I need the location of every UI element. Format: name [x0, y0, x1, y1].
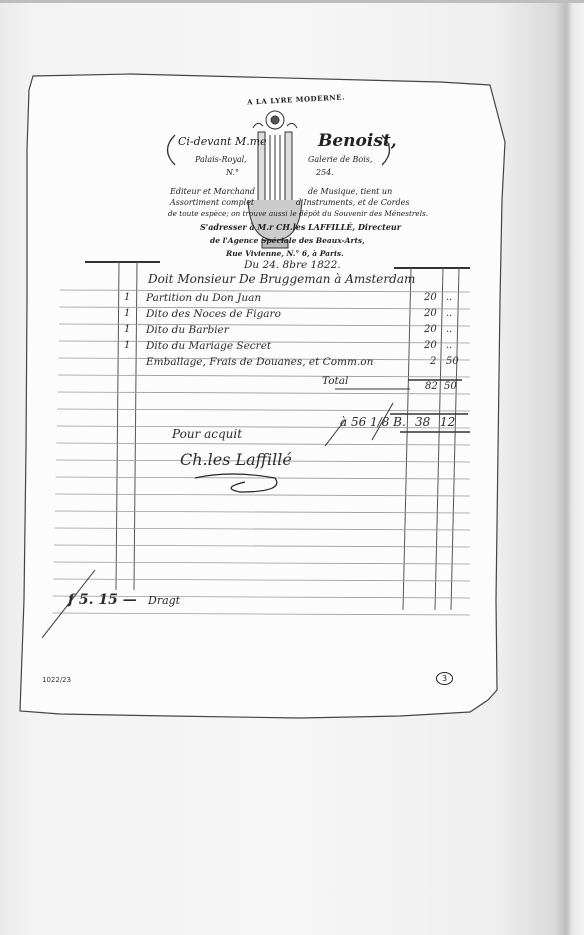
total-centimes: 50 [444, 381, 457, 392]
page-number-badge: 3 [436, 672, 453, 685]
letterhead-line1-right: de Musique, tient un [308, 187, 392, 196]
item-qty: 1 [124, 308, 130, 319]
margin-note-text: Dragt [148, 594, 180, 607]
item-description: Partition du Don Juan [146, 292, 261, 304]
item-qty: 1 [124, 292, 130, 303]
letterhead-line1-left: Editeur et Marchand [170, 187, 255, 196]
letterhead-line3: de toute espèce; on trouve aussi le dépô… [168, 209, 428, 218]
item-centimes: .. [446, 340, 452, 351]
letterhead-street: Rue Vivienne, N.° 6, à Paris. [226, 249, 344, 258]
letterhead-address-left: Palais-Royal, [195, 155, 247, 164]
item-description: Emballage, Frais de Douanes, et Comm.on [146, 356, 373, 368]
letterhead-director: S'adresser à M.r CH.les LAFFILLÉ, Direct… [200, 222, 401, 232]
archive-reference: 1022/23 [42, 676, 71, 684]
total-francs: 82 [425, 381, 438, 392]
item-description: Dito du Barbier [146, 324, 229, 336]
item-francs: 20 [424, 308, 437, 319]
receipt-line: Pour acquit [172, 427, 242, 441]
invoice-date: Du 24. 8bre 1822. [244, 259, 341, 271]
item-description: Dito des Noces de Figaro [146, 308, 281, 320]
letterhead-proprietor: Benoist, [318, 131, 397, 151]
signature: Ch.les Laffillé [180, 450, 292, 469]
total-label: Total [322, 375, 348, 387]
invoice-doit-line: Doit Monsieur De Bruggeman à Amsterdam [148, 272, 415, 286]
letterhead-formerly: Ci-devant M.me [178, 135, 267, 148]
item-francs: 20 [424, 340, 437, 351]
converted-centimes: 12 [440, 415, 455, 429]
item-centimes: 50 [446, 356, 459, 367]
item-centimes: .. [446, 292, 452, 303]
paper-drawing [0, 0, 584, 935]
letterhead-address-right: Galerie de Bois, [308, 155, 372, 164]
item-francs: 2 [430, 356, 436, 367]
item-francs: 20 [424, 292, 437, 303]
item-qty: 1 [124, 324, 130, 335]
item-centimes: .. [446, 308, 452, 319]
item-centimes: .. [446, 324, 452, 335]
margin-note-amount: f 5. 15 — [68, 592, 137, 608]
letterhead-number-label: N.° [226, 168, 239, 177]
item-qty: 1 [124, 340, 130, 351]
converted-francs: 38 [415, 415, 430, 429]
letterhead-line2-right: d'Instruments, et de Cordes [296, 198, 409, 207]
letterhead-line2-left: Assortiment complet [170, 198, 254, 207]
letterhead-number: 254. [316, 168, 334, 177]
item-francs: 20 [424, 324, 437, 335]
letterhead-agency: de l'Agence Spéciale des Beaux-Arts, [210, 236, 365, 245]
item-description: Dito du Mariage Secret [146, 340, 271, 352]
invoice-document: A LA LYRE MODERNE. Ci-devant M.me Benois… [0, 0, 584, 935]
conversion-note: à 56 1/8 B. [340, 415, 406, 429]
